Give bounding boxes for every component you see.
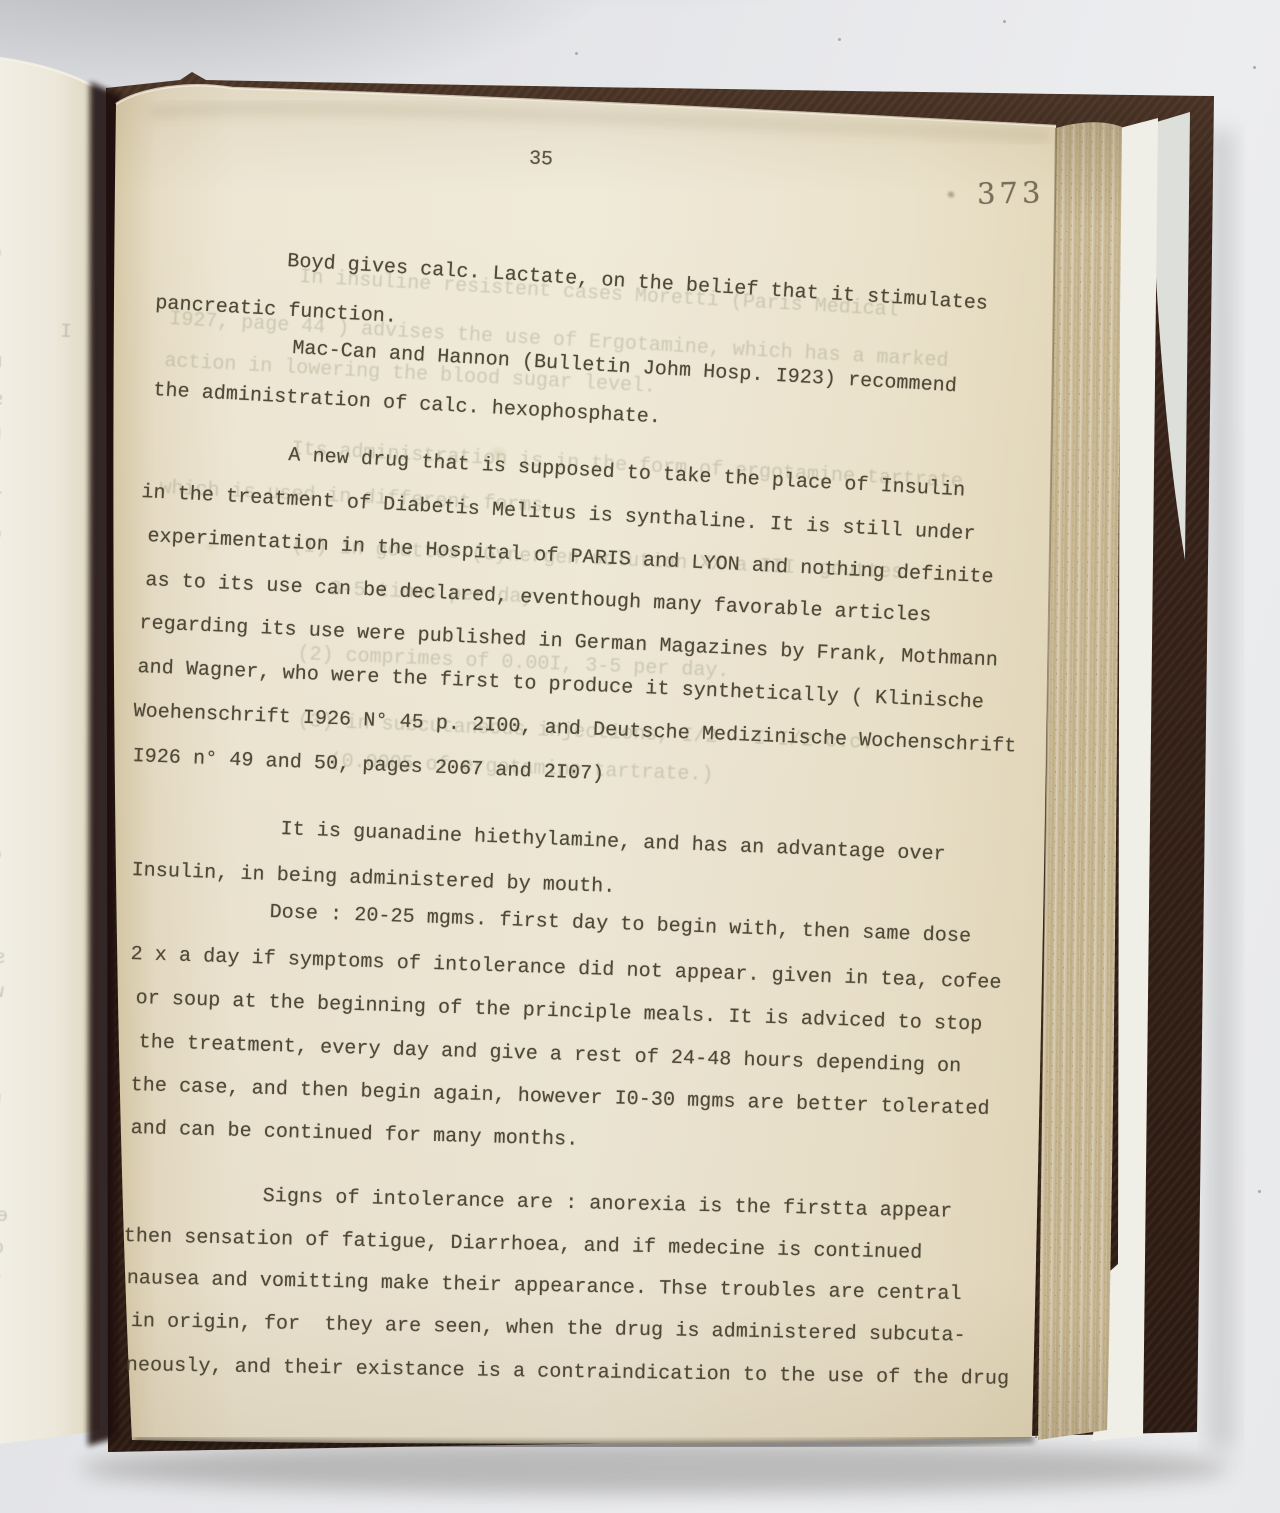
dust-speck [1003,20,1006,23]
book-drop-shadow [80,1442,1230,1494]
paper-stain [204,540,218,552]
book-illustration [0,0,1280,1513]
dust-speck [838,38,841,41]
paper-stain [488,445,508,461]
page-number: 35 [529,147,554,171]
left-page [0,58,100,1444]
stamp-number: 373 [977,175,1045,210]
book-photograph: of the occImple . Asse wheren at thegare… [0,0,1280,1513]
main-page-vertical-shading [113,85,1056,1443]
dust-speck [575,52,578,55]
book-side-shadow [1208,130,1234,1450]
dust-speck [1253,66,1256,69]
dust-speck [1258,1190,1261,1193]
